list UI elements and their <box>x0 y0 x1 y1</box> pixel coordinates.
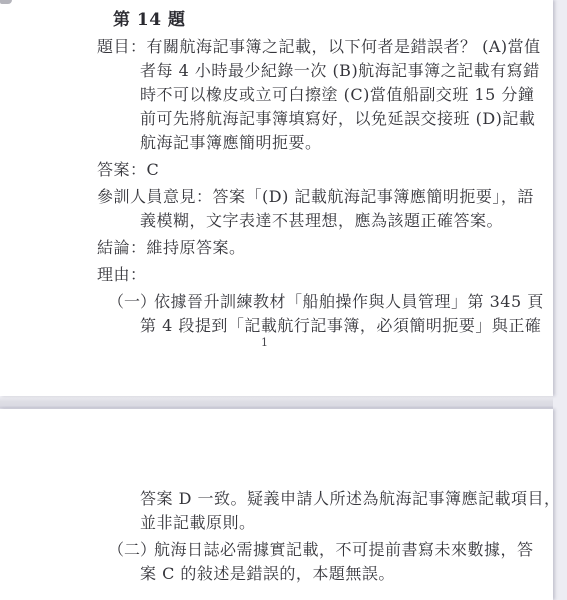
question-line: 時不可以橡皮或立可白擦塗 (C)當值船副交班 15 分鐘 <box>140 83 553 107</box>
trainee-opinion-line: 義模糊，文字表達不甚理想，應為該題正確答案。 <box>140 209 553 233</box>
reason-item-2-text: 航海日誌必需據實記載，不可提前書寫未來數據，答 <box>154 540 534 559</box>
trainee-opinion-line: 參訓人員意見：答案「(D) 記載航海記事簿應簡明扼要」，語 <box>97 185 553 209</box>
page-gap <box>0 396 553 409</box>
answer-line: 答案：C <box>97 158 553 182</box>
question-line: 航海記事簿應簡明扼要。 <box>140 131 553 155</box>
reason-item-2-text: 案 C 的敍述是錯誤的，本題無誤。 <box>140 562 553 586</box>
question-line: 題目：有關航海記事簿之記載，以下何者是錯誤者？ (A)當值 <box>97 35 553 59</box>
reason-item-2: （二）航海日誌必需據實記載，不可提前書寫未來數據，答 <box>108 538 553 562</box>
conclusion-line: 結論：維持原答案。 <box>97 236 553 260</box>
reason-item-1-continuation: 並非記載原則。 <box>140 511 553 535</box>
question-line: 前可先將航海記事簿填寫好，以免延誤交接班 (D)記載 <box>140 107 553 131</box>
question-line: 者每 4 小時最少紀錄一次 (B)航海記事簿之記載有寫錯 <box>140 59 553 83</box>
document-page-1: 第 14 題 題目：有關航海記事簿之記載，以下何者是錯誤者？ (A)當值 者每 … <box>0 0 553 396</box>
reason-item-1-marker: （一） <box>108 290 154 314</box>
question-number-heading: 第 14 題 <box>113 8 553 32</box>
page-number: 1 <box>0 336 553 350</box>
reason-item-1: （一）依據晉升訓練教材「船舶操作與人員管理」第 345 頁 <box>108 290 553 314</box>
document-page-2: 答案 D 一致。疑義申請人所述為航海記事簿應記載項目， 並非記載原則。 （二）航… <box>0 409 553 600</box>
reason-item-1-continuation: 答案 D 一致。疑義申請人所述為航海記事簿應記載項目， <box>140 487 553 511</box>
reason-item-1-text: 依據晉升訓練教材「船舶操作與人員管理」第 345 頁 <box>154 292 544 311</box>
reason-item-2-marker: （二） <box>108 538 154 562</box>
pdf-viewport[interactable]: 第 14 題 題目：有關航海記事簿之記載，以下何者是錯誤者？ (A)當值 者每 … <box>0 0 567 600</box>
reason-item-1-text: 第 4 段提到「記載航行記事簿，必須簡明扼要」與正確 <box>140 314 553 338</box>
reason-label: 理由： <box>97 263 553 287</box>
